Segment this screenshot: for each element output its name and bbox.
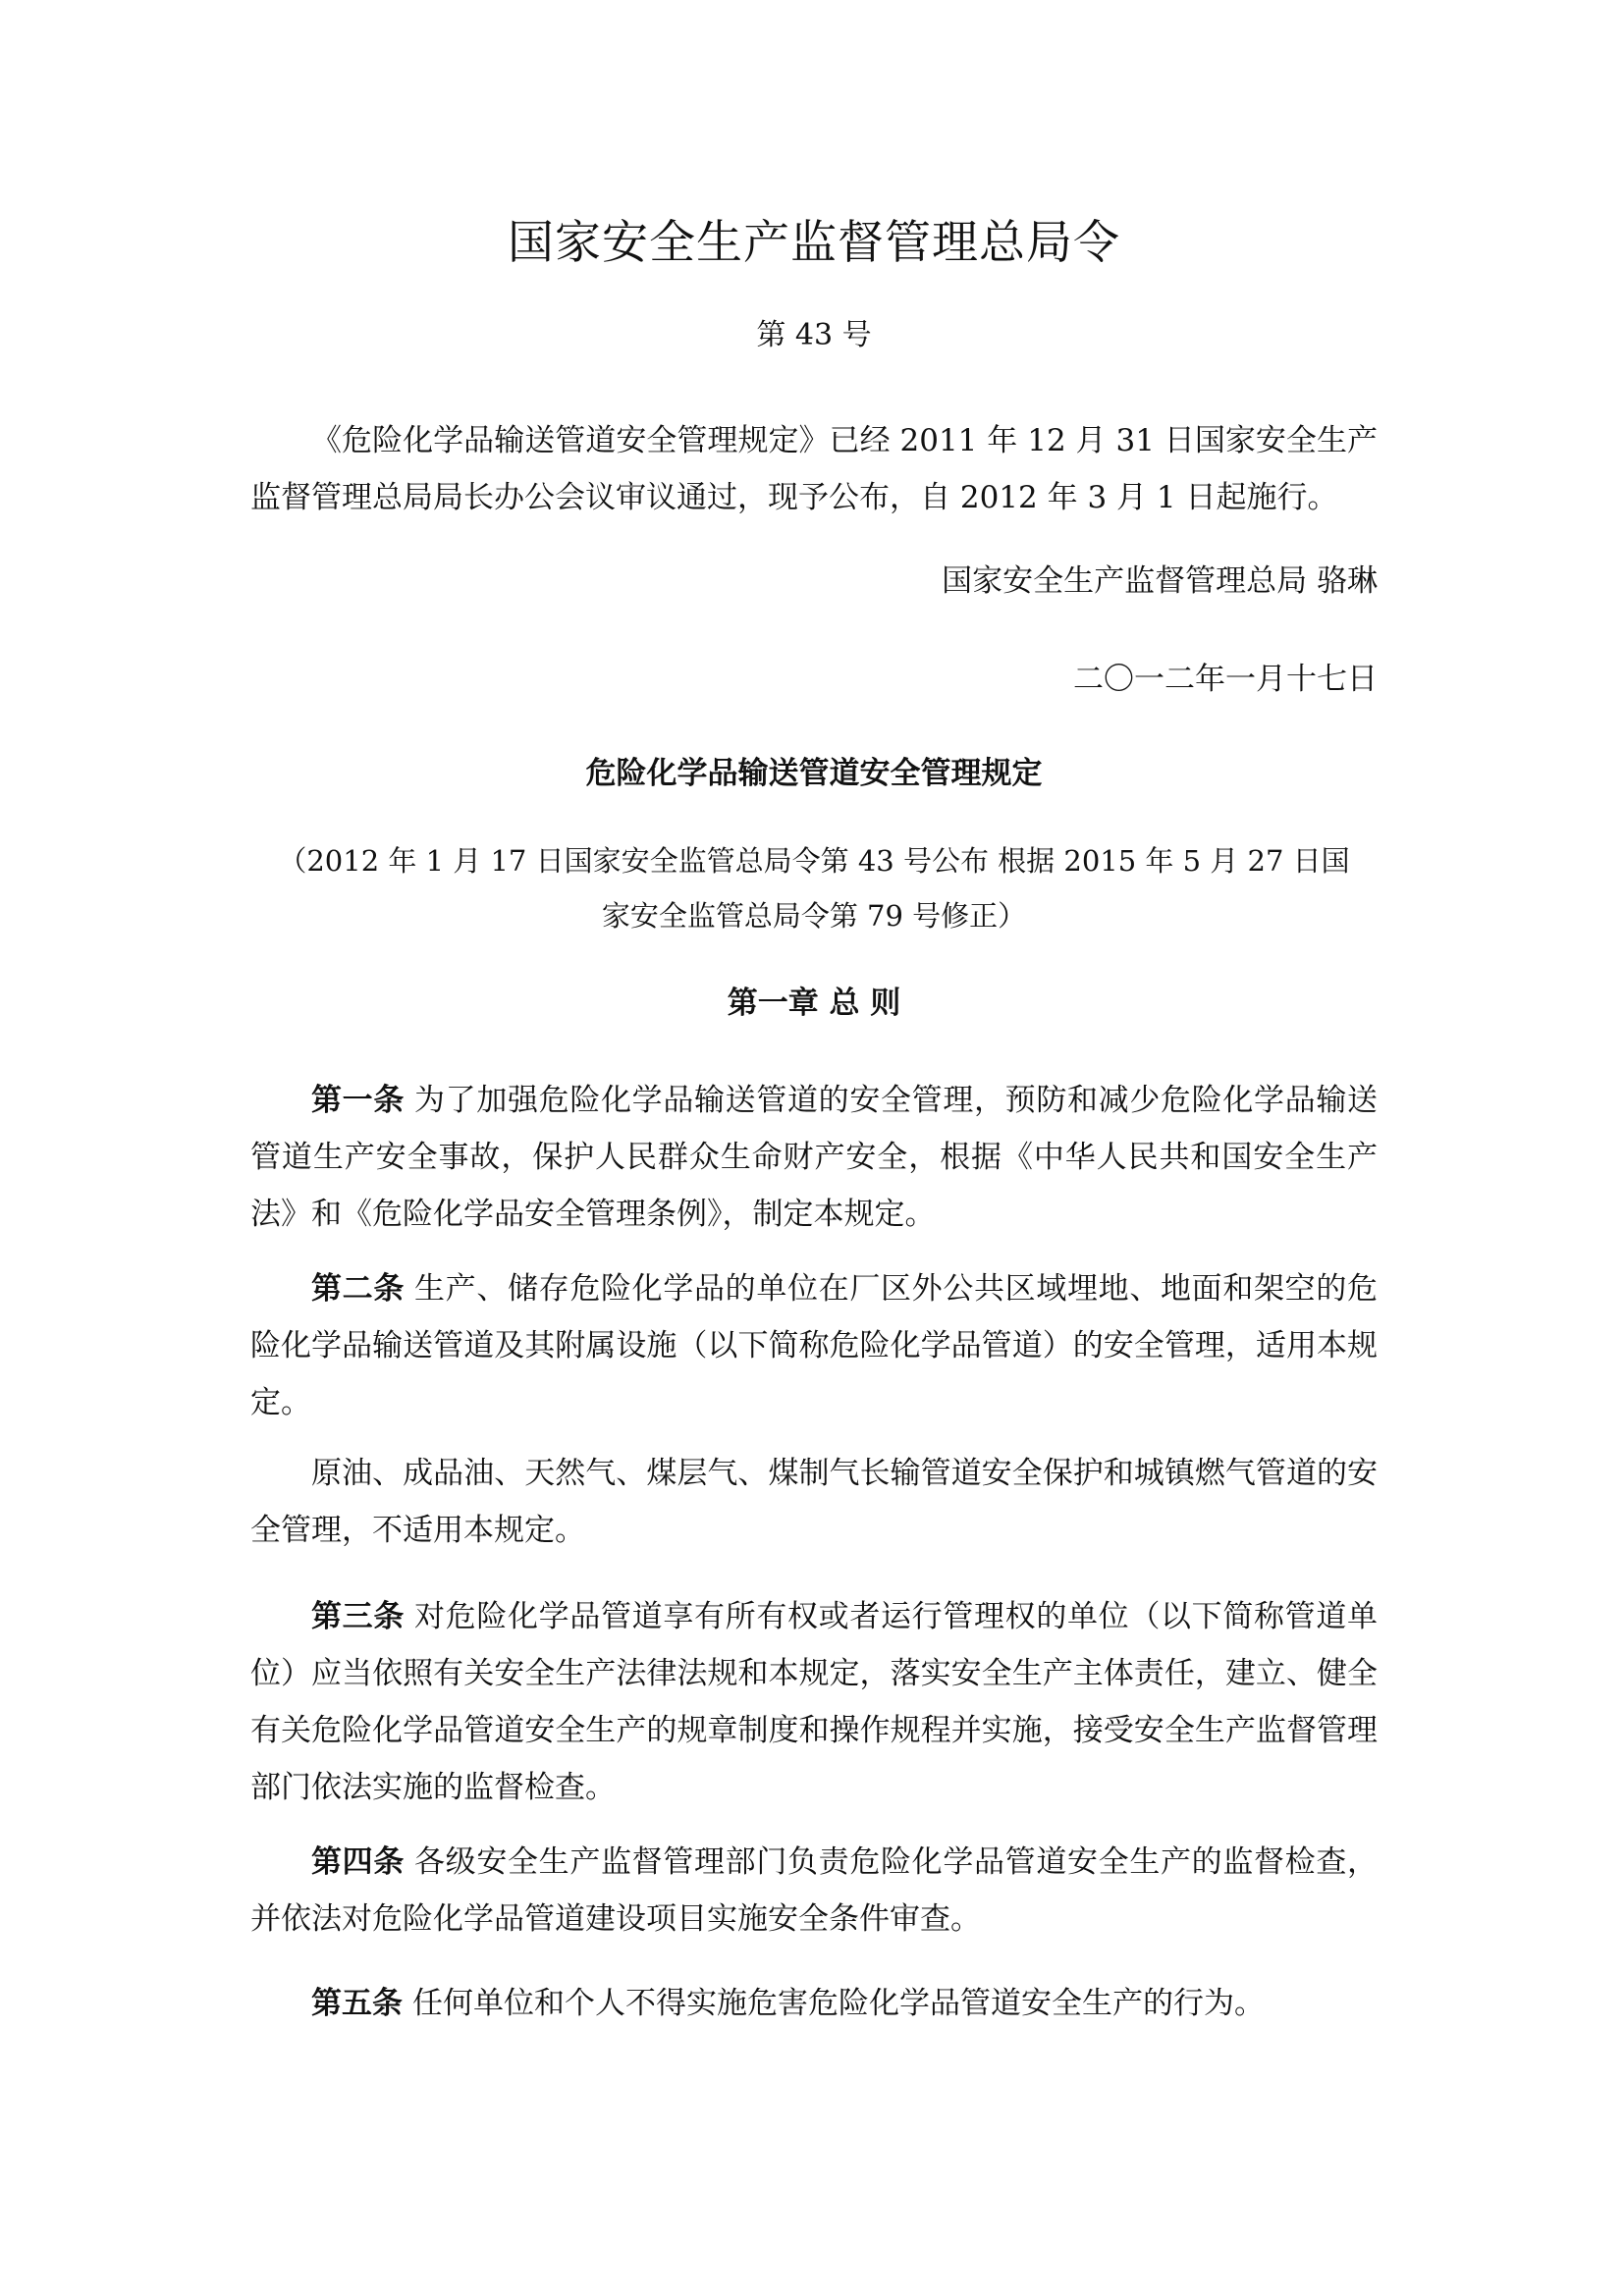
article-4: 第四条各级安全生产监督管理部门负责危险化学品管道安全生产的监督检查，并依法对危险… — [250, 1834, 1378, 1948]
order-number: 第 43 号 — [250, 316, 1378, 355]
revision-note-line-1: （2012 年 1 月 17 日国家安全监管总局令第 43 号公布 根据 201… — [250, 832, 1378, 889]
chapter-title: 第一章 总 则 — [250, 984, 1378, 1023]
regulation-title: 危险化学品输送管道安全管理规定 — [250, 754, 1378, 793]
article-text: 为了加强危险化学品输送管道的安全管理，预防和减少危险化学品输送管道生产安全事故，… — [250, 1083, 1378, 1232]
article-label: 第一条 — [311, 1083, 405, 1118]
article-text: 任何单位和个人不得实施危害危险化学品管道安全生产的行为。 — [412, 1986, 1265, 2021]
article-1: 第一条为了加强危险化学品输送管道的安全管理，预防和减少危险化学品输送管道生产安全… — [250, 1072, 1378, 1243]
article-label: 第三条 — [311, 1599, 405, 1634]
article-text: 各级安全生产监督管理部门负责危险化学品管道安全生产的监督检查，并依法对危险化学品… — [250, 1844, 1378, 1937]
article-5: 第五条任何单位和个人不得实施危害危险化学品管道安全生产的行为。 — [250, 1975, 1378, 2032]
article-3: 第三条对危险化学品管道享有所有权或者运行管理权的单位（以下简称管道单位）应当依照… — [250, 1588, 1378, 1816]
article-2-paragraph-2: 原油、成品油、天然气、煤层气、煤制气长输管道安全保护和城镇燃气管道的安全管理，不… — [250, 1445, 1378, 1559]
article-text: 原油、成品油、天然气、煤层气、煤制气长输管道安全保护和城镇燃气管道的安全管理，不… — [250, 1456, 1378, 1548]
signature: 国家安全生产监督管理总局 骆琳 — [942, 561, 1378, 601]
promulgation-paragraph: 《危险化学品输送管道安全管理规定》已经 2011 年 12 月 31 日国家安全… — [250, 412, 1378, 526]
article-label: 第二条 — [311, 1271, 405, 1307]
article-label: 第五条 — [311, 1986, 403, 2021]
revision-note-line-2: 家安全监管总局令第 79 号修正） — [250, 887, 1378, 944]
article-label: 第四条 — [311, 1844, 405, 1880]
article-2: 第二条生产、储存危险化学品的单位在厂区外公共区域埋地、地面和架空的危险化学品输送… — [250, 1260, 1378, 1431]
page-title: 国家安全生产监督管理总局令 — [250, 214, 1378, 273]
article-text: 对危险化学品管道享有所有权或者运行管理权的单位（以下简称管道单位）应当依照有关安… — [250, 1599, 1378, 1805]
issue-date: 二〇一二年一月十七日 — [1073, 660, 1378, 699]
article-text: 生产、储存危险化学品的单位在厂区外公共区域埋地、地面和架空的危险化学品输送管道及… — [250, 1271, 1378, 1420]
